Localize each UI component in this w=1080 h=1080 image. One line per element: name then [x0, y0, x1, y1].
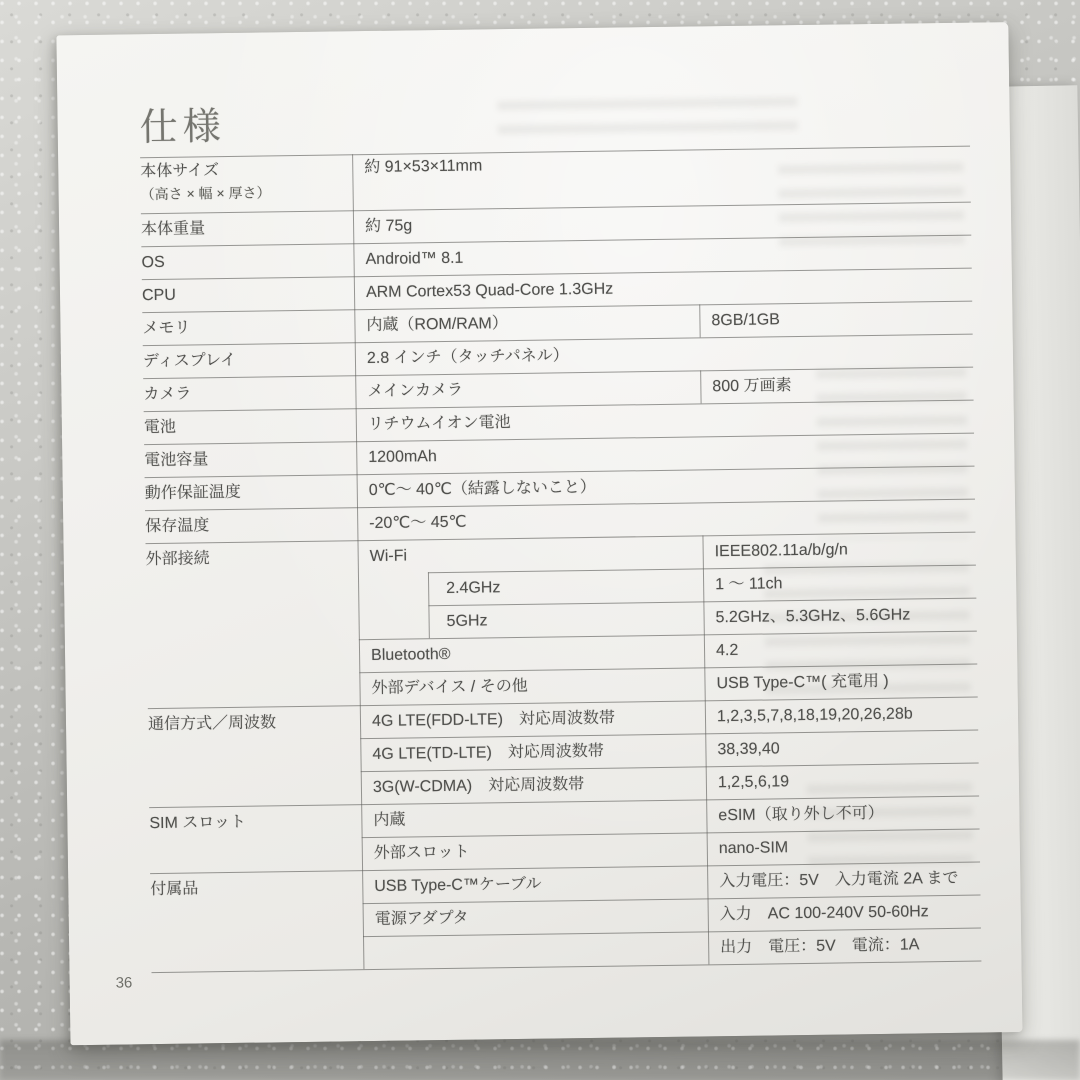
spec-usb-cable-value: 入力電圧：5V 入力電流 2A まで: [719, 869, 958, 891]
spec-wifi-24ghz-value: 1 〜 11ch: [715, 574, 783, 594]
spec-os-label: OS: [141, 253, 164, 272]
spec-display-value: 2.8 インチ（タッチパネル）: [367, 346, 569, 368]
spec-camera-value: 800 万画素: [712, 376, 791, 396]
spec-fdd-lte-type: 4G LTE(FDD-LTE) 対応周波数帯: [372, 709, 615, 731]
spec-external-device-value: USB Type-C™( 充電用 ): [716, 672, 888, 693]
table-line: [142, 268, 972, 281]
table-line: [361, 763, 979, 773]
spec-td-lte-value: 38,39,40: [717, 739, 780, 759]
spec-wifi-24ghz-type: 2.4GHz: [446, 578, 501, 598]
spec-body-size-label-sub: （高さ × 幅 × 厚さ）: [140, 183, 270, 204]
spec-storage-temp-value: -20℃〜 45℃: [369, 513, 467, 533]
table-column-divider: [699, 304, 700, 337]
ghost-text-smudge: [497, 97, 798, 143]
table-line: [360, 730, 978, 740]
spec-accessories-label: 付属品: [150, 879, 198, 899]
page-number: 36: [116, 974, 133, 991]
spec-sim-internal-value: eSIM（取り外し不可）: [718, 804, 884, 825]
spec-cpu-label: CPU: [142, 286, 176, 305]
spec-wifi-value: IEEE802.11a/b/g/n: [715, 540, 848, 561]
spec-camera-label: カメラ: [143, 385, 191, 405]
spec-bluetooth-value: 4.2: [716, 641, 739, 660]
spec-weight-label: 本体重量: [141, 219, 205, 239]
spec-operating-temp-label: 動作保証温度: [145, 483, 241, 503]
spec-power-adapter-type: 電源アダプタ: [375, 909, 469, 929]
spec-td-lte-type: 4G LTE(TD-LTE) 対応周波数帯: [372, 742, 604, 764]
spec-battery-capacity-label: 電池容量: [144, 450, 208, 470]
spec-sim-external-type: 外部スロット: [374, 843, 470, 863]
spec-wifi-5ghz-type: 5GHz: [446, 611, 487, 631]
table-column-divider: [702, 535, 709, 964]
table-line: [151, 961, 981, 974]
spec-fdd-lte-value: 1,2,3,5,7,8,18,19,20,26,28b: [717, 704, 913, 726]
page-title: 仕様: [139, 95, 226, 151]
table-line: [143, 334, 973, 347]
spec-external-connection-label: 外部接続: [146, 549, 210, 569]
spec-storage-temp-label: 保存温度: [145, 516, 209, 536]
manual-page: 仕様 本体サイズ （高さ × 幅 × 厚さ） 本体重量 OS CPU メモリ デ…: [56, 22, 1022, 1045]
spec-external-device-type: 外部デバイス / その他: [371, 677, 527, 698]
spec-wcdma-type: 3G(W-CDMA) 対応周波数帯: [373, 775, 585, 797]
table-line: [142, 301, 972, 314]
ghost-text-smudge: [778, 163, 964, 258]
spec-memory-label: メモリ: [142, 319, 190, 339]
spec-sim-internal-type: 内蔵: [373, 811, 405, 830]
spec-body-size-value: 約 91×53×11mm: [364, 156, 482, 177]
spec-power-adapter-output-value: 出力 電圧：5V 電流：1A: [720, 935, 919, 957]
spec-battery-label: 電池: [144, 418, 176, 437]
spec-weight-value: 約 75g: [365, 216, 412, 236]
spec-wifi-type: Wi-Fi: [370, 547, 408, 567]
spec-camera-type: メインカメラ: [367, 381, 463, 401]
spec-display-label: ディスプレイ: [143, 351, 237, 371]
spec-memory-type: 内蔵（ROM/RAM）: [366, 314, 508, 335]
spec-operating-temp-value: 0℃〜 40℃（結露しないこと）: [369, 478, 596, 500]
spec-power-adapter-value: 入力 AC 100-240V 50-60Hz: [720, 902, 929, 924]
table-line: [140, 146, 970, 159]
spec-sim-slot-label: SIM スロット: [149, 813, 246, 833]
spec-bluetooth-type: Bluetooth®: [371, 645, 451, 665]
spec-body-size-label: 本体サイズ: [140, 161, 219, 181]
spec-battery-capacity-value: 1200mAh: [368, 447, 437, 467]
spec-os-value: Android™ 8.1: [365, 249, 463, 269]
spec-wifi-5ghz-value: 5.2GHz、5.3GHz、5.6GHz: [715, 605, 910, 627]
table-column-divider: [700, 370, 701, 403]
page-drop-shadow: [0, 1040, 1080, 1080]
spec-memory-value: 8GB/1GB: [711, 310, 780, 330]
spec-wcdma-value: 1,2,5,6,19: [718, 772, 789, 792]
spec-network-label: 通信方式／周波数: [148, 713, 276, 734]
spec-cpu-value: ARM Cortex53 Quad-Core 1.3GHz: [366, 280, 613, 302]
spec-sim-external-value: nano-SIM: [719, 838, 789, 858]
spec-usb-cable-type: USB Type-C™ケーブル: [374, 875, 541, 896]
spec-battery-value: リチウムイオン電池: [368, 413, 511, 434]
ghost-text-smudge: [816, 368, 968, 540]
